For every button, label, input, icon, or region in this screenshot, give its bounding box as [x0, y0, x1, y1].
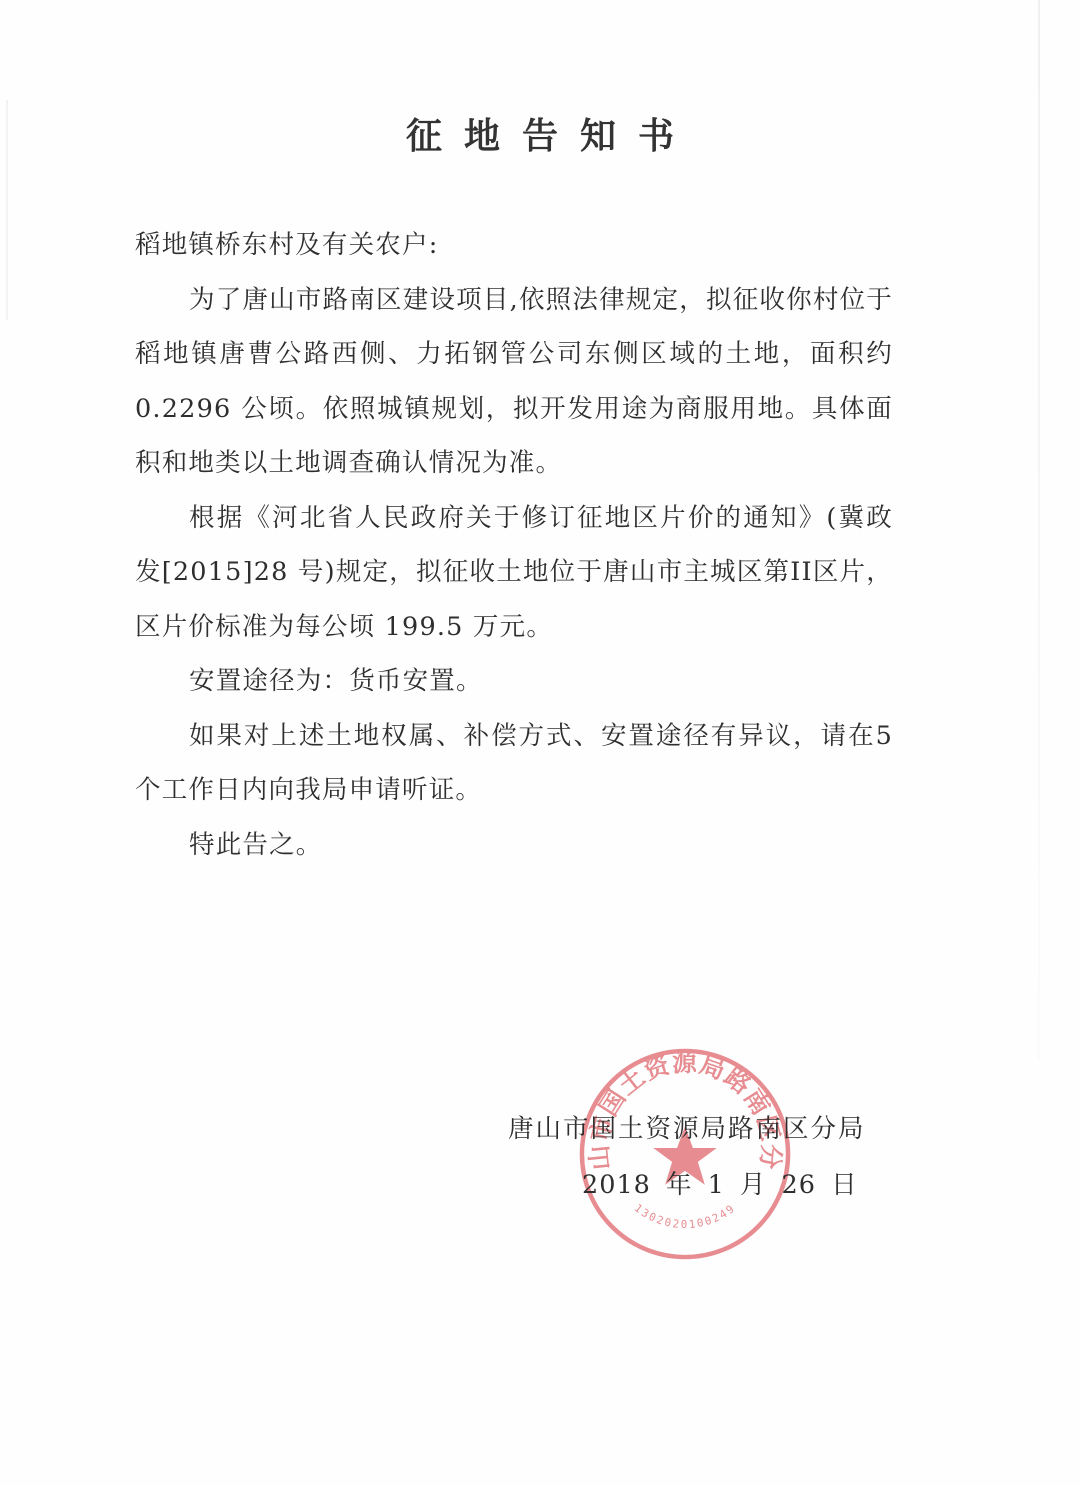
issue-date: 2018 年 1 月 26 日 [508, 1160, 888, 1210]
paragraph-project: 为了唐山市路南区建设项目,依照法律规定，拟征收你村位于稻地镇唐曹公路西侧、力拓钢… [135, 273, 893, 491]
document-title: 征地告知书 [0, 108, 1080, 159]
scan-edge-artifact [1038, 0, 1040, 1060]
issuing-organization: 唐山市国土资源局路南区分局 [508, 1104, 888, 1154]
document-page: 征地告知书 稻地镇桥东村及有关农户: 为了唐山市路南区建设项目,依照法律规定，拟… [0, 0, 1080, 1485]
paragraph-closing: 特此告之。 [135, 818, 893, 873]
paragraph-resettlement: 安置途径为：货币安置。 [135, 654, 893, 709]
document-body: 稻地镇桥东村及有关农户: 为了唐山市路南区建设项目,依照法律规定，拟征收你村位于… [135, 218, 893, 872]
paragraph-price-standard: 根据《河北省人民政府关于修订征地区片价的通知》(冀政发[2015]28 号)规定… [135, 491, 893, 655]
paragraph-hearing: 如果对上述土地权属、补偿方式、安置途径有异议，请在5个工作日内向我局申请听证。 [135, 709, 893, 818]
signature-block: 唐山市国土资源局路南区分局 2018 年 1 月 26 日 [508, 1104, 888, 1210]
salutation: 稻地镇桥东村及有关农户: [135, 218, 893, 273]
